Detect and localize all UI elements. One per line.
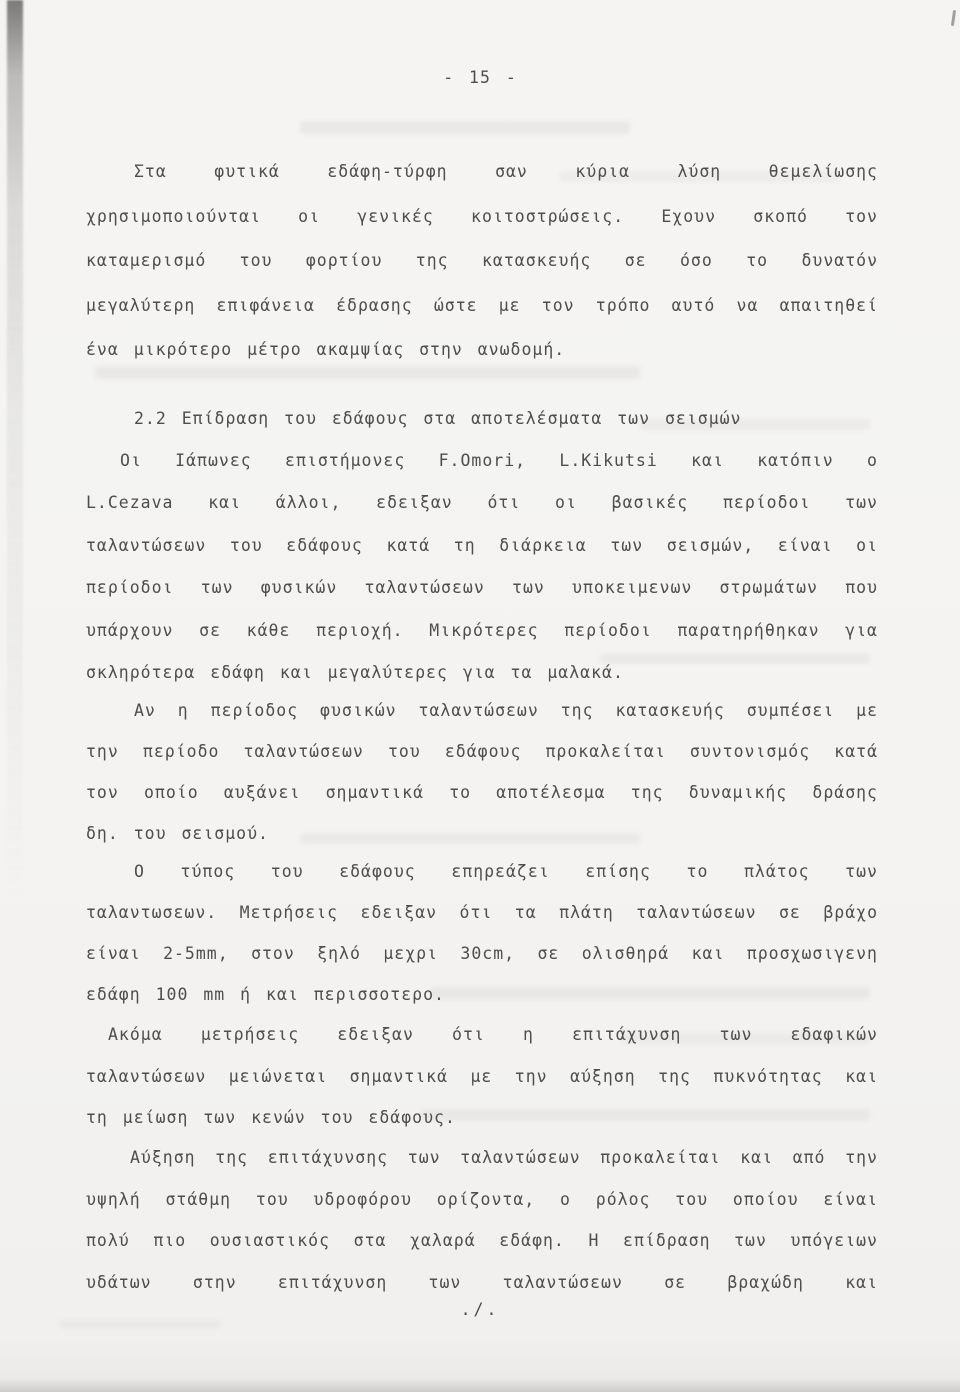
text-line: μεγαλύτερη επιφάνεια έδρασης ώστε με τον… [86,284,878,329]
paragraph-groundwater: Αύξηση της επιτάχυνσης των ταλαντώσεων π… [86,1137,878,1304]
text-line: ταλαντώσεων μειώνεται σημαντικά με την α… [86,1056,878,1098]
text-line: υψηλή στάθμη του υδροφόρου ορίζοντα, ο ρ… [86,1179,878,1221]
ink-speck [951,10,956,26]
text-line: ταλαντώσεων του εδάφους κατά τη διάρκεια… [86,525,878,567]
text-line: χρησιμοποιούνται οι γενικές κοιτοστρώσει… [86,195,878,240]
text-line: Ο τύπος του εδάφους επηρεάζει επίσης το … [86,851,878,892]
text-line: Αύξηση της επιτάχυνσης των ταλαντώσεων π… [86,1137,878,1179]
text-line: καταμερισμό του φορτίου της κατασκευής σ… [86,239,878,284]
text-line: τη μείωση των κενών του εδάφους. [86,1097,878,1139]
text-line: πολύ πιο ουσιαστικός στα χαλαρά εδάφη. Η… [86,1220,878,1262]
text-line: είναι 2-5mm, στον ξηλό μεχρι 30cm, σε ολ… [86,933,878,974]
scan-edge-shadow [7,0,23,950]
text-line: Ακόμα μετρήσεις εδειξαν ότι η επιτάχυνση… [86,1014,878,1056]
paragraph-scientists: Οι Ιάπωνες επιστήμονες F.Omori, L.Kikuts… [86,440,878,694]
text-line: Οι Ιάπωνες επιστήμονες F.Omori, L.Kikuts… [86,440,878,482]
section-heading: 2.2 Επίδραση του εδάφους στα αποτελέσματ… [134,398,878,439]
text-line: δη. του σεισμού. [86,813,878,854]
text-line: σκληρότερα εδάφη και μεγαλύτερες για τα … [86,652,878,694]
bleedthrough-smudge [60,1320,220,1329]
paragraph-resonance: Αν η περίοδος φυσικών ταλαντώσεων της κα… [86,690,878,854]
text-line: την περίοδο ταλαντώσεων του εδάφους προκ… [86,731,878,772]
text-line: τον οποίο αυξάνει σημαντικά το αποτέλεσμ… [86,772,878,813]
continuation-mark: ./. [0,1300,960,1319]
scanned-document-page: - 15 - Στα φυτικά εδάφη-τύρφη σαν κύρια … [0,0,960,1392]
paragraph-acceleration: Ακόμα μετρήσεις εδειξαν ότι η επιτάχυνση… [86,1014,878,1139]
scan-bottom-shadow [0,1378,960,1392]
text-line: υδάτων στην επιτάχυνση των ταλαντώσεων σ… [86,1262,878,1304]
text-line: υπάρχουν σε κάθε περιοχή. Μικρότερες περ… [86,610,878,652]
text-line: ένα μικρότερο μέτρο ακαμψίας στην ανωδομ… [86,328,878,373]
text-line: Στα φυτικά εδάφη-τύρφη σαν κύρια λύση θε… [86,150,878,195]
text-line: περίοδοι των φυσικών ταλαντώσεων των υπο… [86,567,878,609]
paragraph-amplitude: Ο τύπος του εδάφους επηρεάζει επίσης το … [86,851,878,1015]
text-line: L.Cezava και άλλοι, εδειξαν ότι οι βασικ… [86,482,878,524]
text-line: ταλαντωσεων. Μετρήσεις εδειξαν ότι τα πλ… [86,892,878,933]
text-line: εδάφη 100 mm ή και περισσοτερο. [86,974,878,1015]
text-line: Αν η περίοδος φυσικών ταλαντώσεων της κα… [86,690,878,731]
paragraph-intro: Στα φυτικά εδάφη-τύρφη σαν κύρια λύση θε… [86,150,878,373]
bleedthrough-smudge [300,121,630,134]
page-number: - 15 - [0,68,960,87]
